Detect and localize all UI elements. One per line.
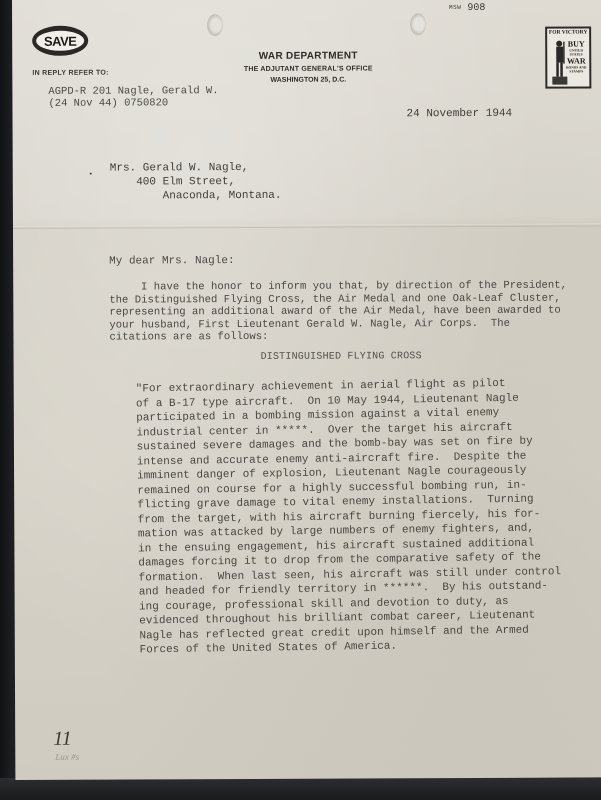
body-paragraph: I have the honor to inform you that, by …: [109, 280, 579, 345]
handwritten-mark: 11: [53, 728, 72, 751]
citation-title: DISTINGUISHED FLYING CROSS: [261, 351, 422, 363]
letter-page: SAVE IN REPLY REFER TO: AGPD-R 201 Nagle…: [12, 0, 601, 780]
address-line: 400 Elm Street,: [110, 175, 282, 190]
department-name: WAR DEPARTMENT: [224, 50, 392, 62]
salutation: My dear Mrs. Nagle:: [109, 255, 234, 268]
citation-text: "For extraordinary achievement in aerial…: [136, 376, 560, 658]
stamp-slogan: BUY UNITED STATES WAR BONDS AND STAMPS: [565, 40, 587, 74]
reply-refer-label: IN REPLY REFER TO:: [32, 70, 108, 77]
office-location: WASHINGTON 25, D.C.: [224, 76, 392, 84]
reference-line-2: (24 Nov 44) 0750820: [48, 97, 168, 110]
form-number: MSW 908: [449, 3, 485, 14]
punch-hole: [207, 14, 223, 36]
letter-date: 24 November 1944: [406, 108, 512, 120]
body-line: your husband, First Lieutenant Gerald W.…: [109, 317, 579, 332]
handwritten-faint-note: Lux #s: [55, 752, 79, 762]
body-line: citations are as follows:: [109, 330, 579, 345]
stamp-header: FOR VICTORY: [548, 29, 588, 35]
save-logo-icon: SAVE: [32, 26, 88, 56]
office-name: THE ADJUTANT GENERAL'S OFFICE: [224, 65, 392, 73]
war-bonds-stamp: FOR VICTORY BUY UNITED STATES WAR BONDS …: [545, 26, 591, 88]
paper-fold-line: [13, 223, 601, 229]
form-number-value: 908: [467, 3, 485, 14]
address-line: Mrs. Gerald W. Nagle,: [110, 161, 282, 176]
address-line: Anaconda, Montana.: [110, 189, 282, 204]
recipient-address: Mrs. Gerald W. Nagle, 400 Elm Street, An…: [110, 161, 282, 204]
save-logo-text: SAVE: [36, 31, 84, 51]
punch-hole: [410, 13, 426, 35]
margin-dot: [90, 173, 92, 175]
form-prefix: MSW: [449, 4, 461, 11]
letterhead-block: WAR DEPARTMENT THE ADJUTANT GENERAL'S OF…: [224, 50, 392, 84]
reference-line-1: AGPD-R 201 Nagle, Gerald W.: [48, 85, 218, 98]
table-surface: [0, 778, 601, 800]
